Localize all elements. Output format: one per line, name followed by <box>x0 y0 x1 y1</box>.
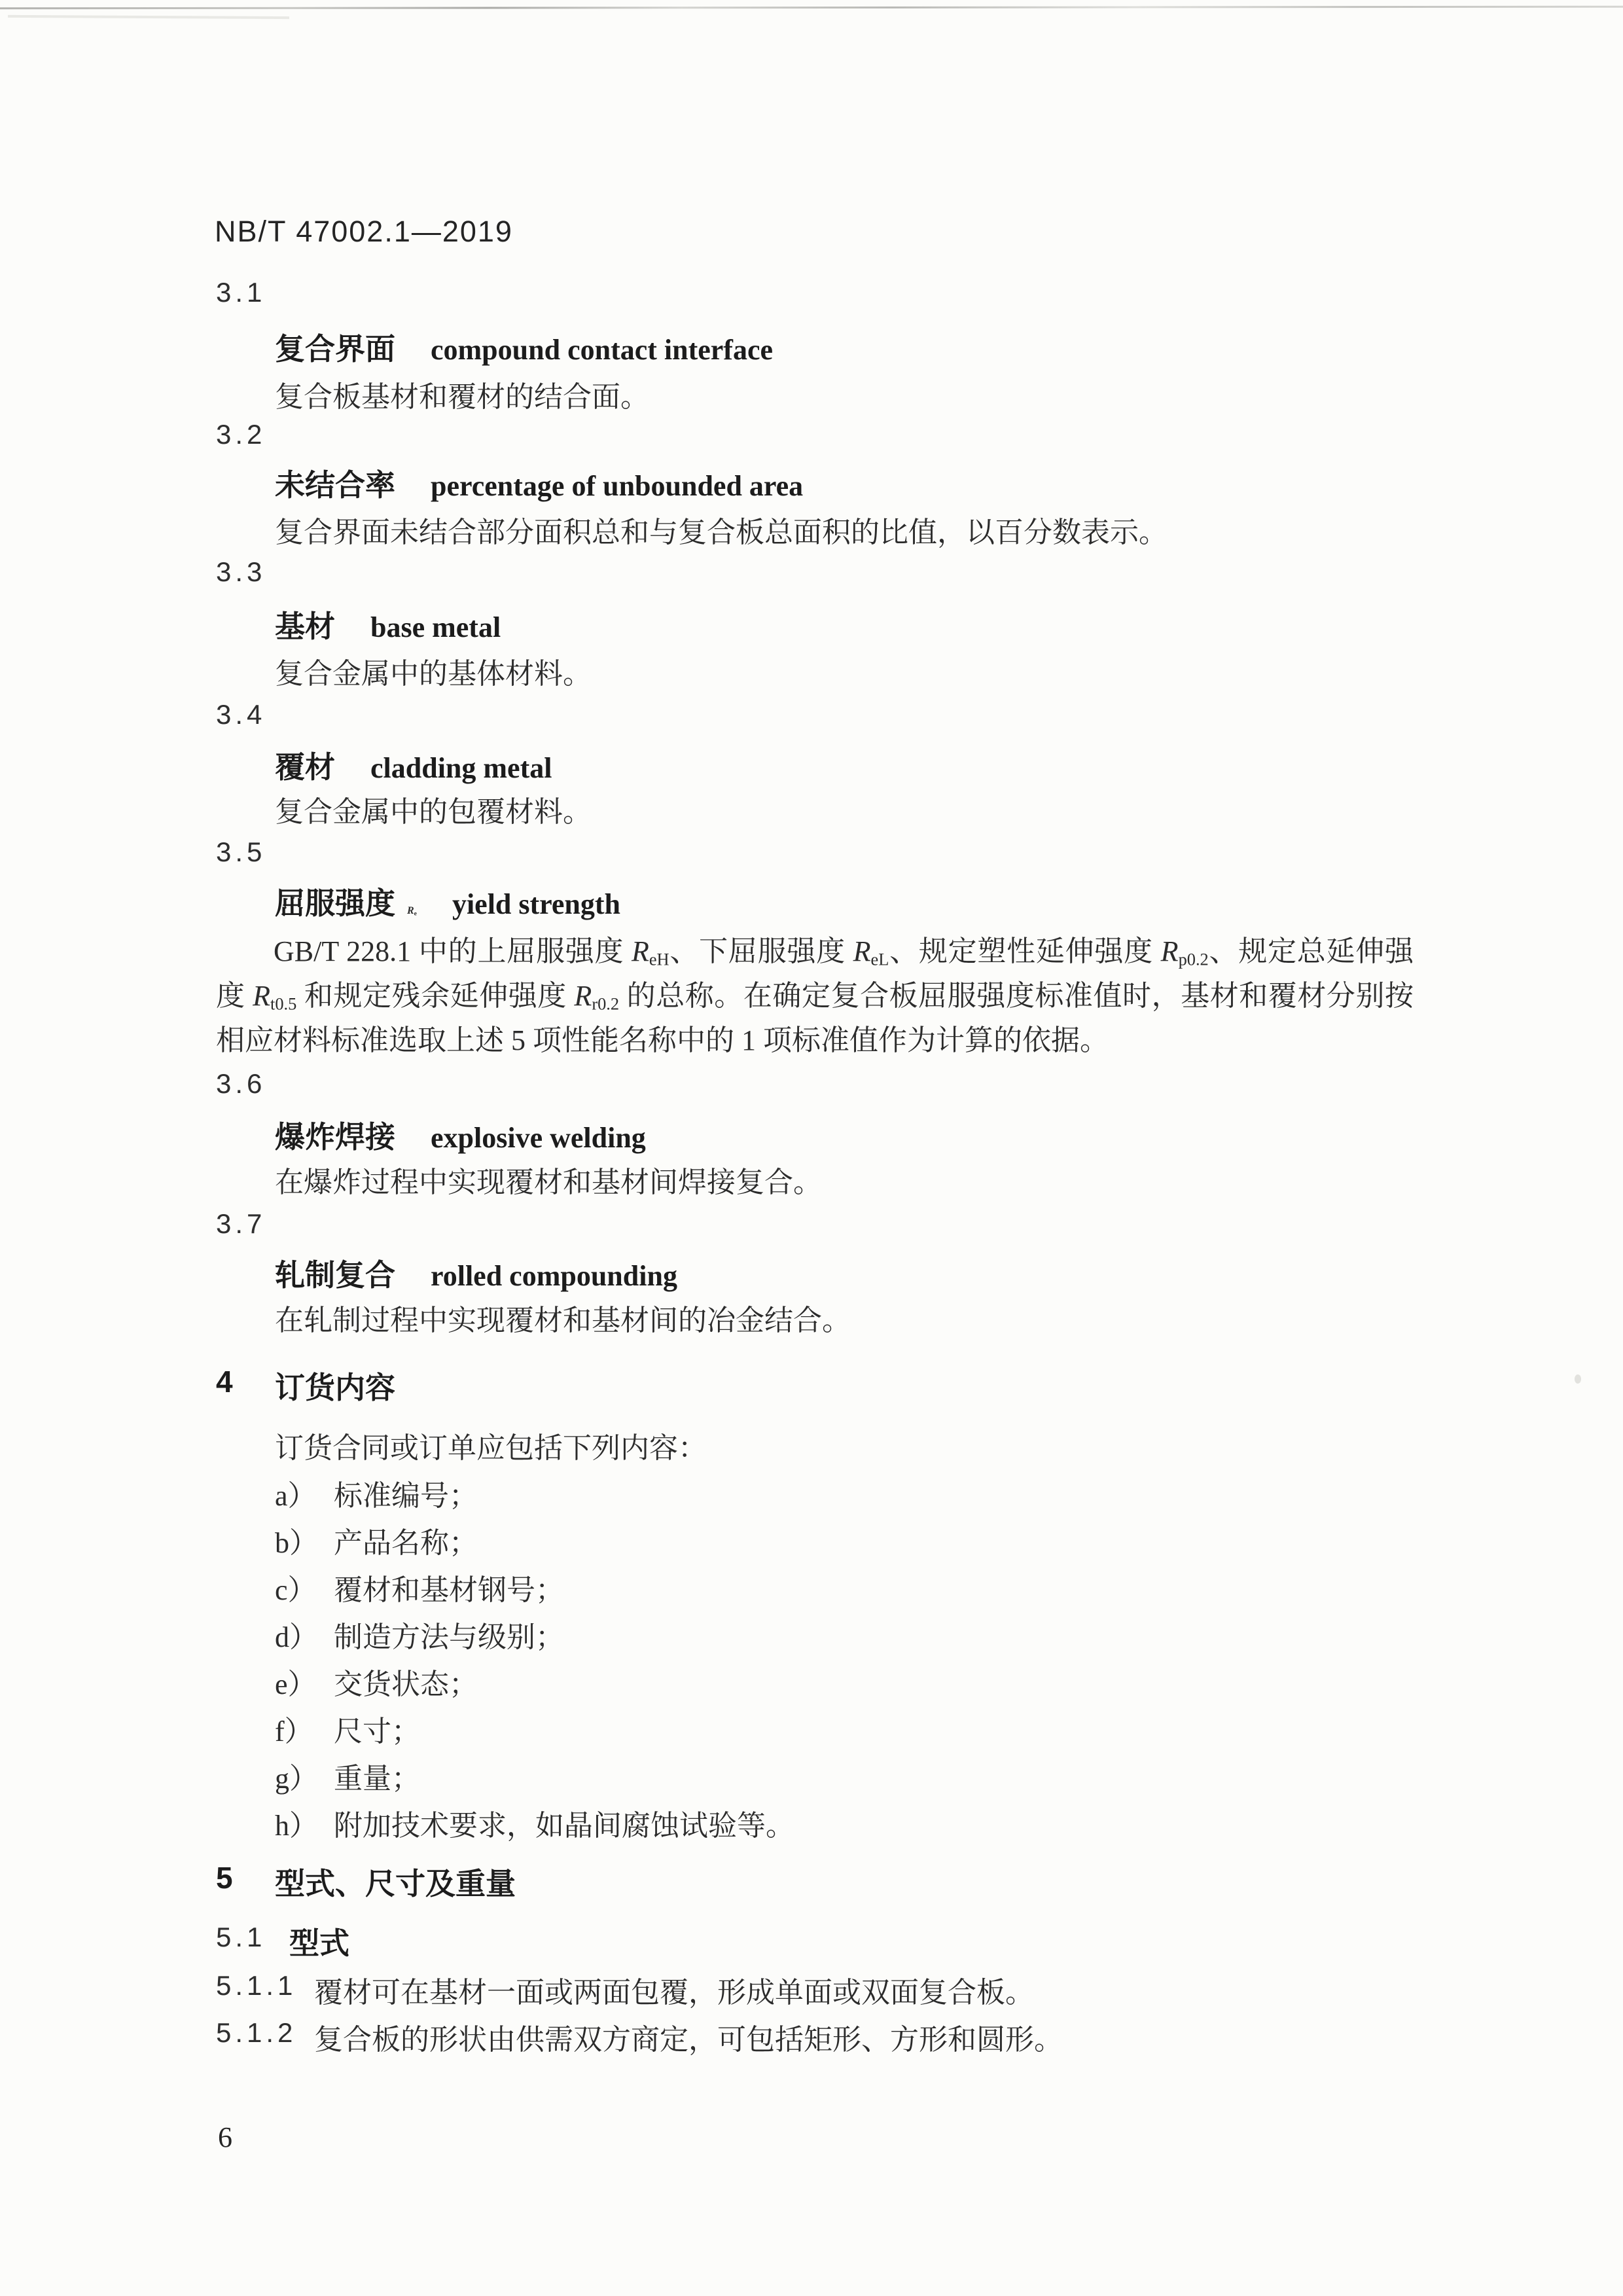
term-en: explosive welding <box>431 1122 646 1154</box>
term-definition: 在轧制过程中实现覆材和基材间的冶金结合。 <box>275 1297 851 1338</box>
clause-number-4: 4 <box>216 1364 233 1399</box>
clause-number-5-1-2: 5.1.2 <box>216 2017 296 2049</box>
term-line-3-4: 覆材cladding metal <box>275 744 552 787</box>
clause-number-3-2: 3.2 <box>216 419 266 450</box>
clause-text-5-1-2: 复合板的形状由供需双方商定，可包括矩形、方形和圆形。 <box>314 2016 1063 2058</box>
list-item-label: h） <box>275 1802 334 1844</box>
list-item-label: a） <box>275 1472 334 1514</box>
term-definition: 复合金属中的基体材料。 <box>275 650 592 692</box>
term-line-3-6: 爆炸焊接explosive welding <box>275 1113 646 1157</box>
list-item-text: 产品名称； <box>334 1527 478 1559</box>
list-item-c: c）覆材和基材钢号； <box>275 1566 564 1608</box>
term-definition: 在爆炸过程中实现覆材和基材间焊接复合。 <box>275 1158 822 1200</box>
term-line-3-5: 屈服强度Reyield strength <box>275 880 620 923</box>
clause-text-5-1-1: 覆材可在基材一面或两面包覆，形成单面或双面复合板。 <box>314 1969 1034 2011</box>
list-item-e: e）交货状态； <box>275 1660 478 1702</box>
yield-strength-definition: GB/T 228.1 中的上屈服强度 ReH、下屈服强度 ReL、规定塑性延伸强… <box>216 929 1414 1063</box>
term-definition: 复合界面未结合部分面积总和与复合板总面积的比值，以百分数表示。 <box>275 509 1168 550</box>
list-item-text: 重量； <box>334 1763 420 1795</box>
term-en: cladding metal <box>370 752 552 784</box>
term-zh: 复合界面 <box>275 332 395 366</box>
term-en: percentage of unbounded area <box>431 470 803 502</box>
clause-title-4: 订货内容 <box>275 1364 395 1407</box>
scan-artifact-smudge <box>8 15 289 19</box>
list-item-text: 覆材和基材钢号； <box>334 1574 564 1606</box>
term-line-3-2: 未结合率percentage of unbounded area <box>275 461 803 505</box>
clause-number-5-1: 5.1 <box>216 1922 266 1953</box>
list-item-f: f）尺寸； <box>275 1708 420 1749</box>
list-item-text: 标准编号； <box>334 1480 478 1512</box>
clause-number-3-1: 3.1 <box>216 277 266 308</box>
list-item-text: 交货状态； <box>334 1668 478 1700</box>
clause-number-3-6: 3.6 <box>216 1068 266 1100</box>
scan-artifact-speck <box>1575 1374 1581 1384</box>
term-line-3-3: 基材base metal <box>275 603 501 646</box>
term-en: rolled compounding <box>431 1260 677 1292</box>
term-zh: 屈服强度 <box>275 886 395 920</box>
list-item-label: d） <box>275 1613 334 1655</box>
document-page: NB/T 47002.1—2019 3.1 复合界面compound conta… <box>0 0 1623 2296</box>
ordering-intro: 订货合同或订单应包括下列内容： <box>275 1424 707 1466</box>
term-zh: 轧制复合 <box>275 1258 395 1292</box>
term-zh: 基材 <box>275 609 335 643</box>
clause-number-3-3: 3.3 <box>216 556 266 588</box>
term-definition: 复合板基材和覆材的结合面。 <box>275 373 649 415</box>
scan-artifact-top-line <box>0 6 1623 10</box>
list-item-text: 附加技术要求，如晶间腐蚀试验等。 <box>334 1810 794 1842</box>
clause-number-5-1-1: 5.1.1 <box>216 1970 296 2001</box>
term-en: yield strength <box>452 888 620 920</box>
term-zh: 爆炸焊接 <box>275 1120 395 1154</box>
clause-number-3-7: 3.7 <box>216 1208 266 1240</box>
term-definition: 复合金属中的包覆材料。 <box>275 788 592 830</box>
term-en: base metal <box>370 611 501 643</box>
term-line-3-1: 复合界面compound contact interface <box>275 325 773 368</box>
page-number: 6 <box>218 2121 232 2154</box>
list-item-h: h）附加技术要求，如晶间腐蚀试验等。 <box>275 1802 794 1844</box>
yield-strength-symbol: Re <box>407 905 417 916</box>
clause-number-3-5: 3.5 <box>216 836 266 868</box>
clause-title-5-1: 型式 <box>289 1920 349 1963</box>
term-line-3-7: 轧制复合rolled compounding <box>275 1251 677 1295</box>
term-en: compound contact interface <box>431 334 773 366</box>
clause-title-5: 型式、尺寸及重量 <box>275 1860 516 1903</box>
list-item-label: b） <box>275 1519 334 1561</box>
list-item-text: 制造方法与级别； <box>334 1621 564 1653</box>
list-item-g: g）重量； <box>275 1755 420 1797</box>
clause-number-5: 5 <box>216 1860 233 1895</box>
term-zh: 覆材 <box>275 750 335 784</box>
list-item-label: c） <box>275 1566 334 1608</box>
list-item-label: e） <box>275 1660 334 1702</box>
list-item-text: 尺寸； <box>334 1715 420 1748</box>
list-item-d: d）制造方法与级别； <box>275 1613 564 1655</box>
standard-code-header: NB/T 47002.1—2019 <box>215 215 513 249</box>
list-item-label: g） <box>275 1755 334 1797</box>
list-item-b: b）产品名称； <box>275 1519 478 1561</box>
list-item-a: a）标准编号； <box>275 1472 478 1514</box>
clause-number-3-4: 3.4 <box>216 699 266 730</box>
term-zh: 未结合率 <box>275 468 395 502</box>
list-item-label: f） <box>275 1708 334 1749</box>
